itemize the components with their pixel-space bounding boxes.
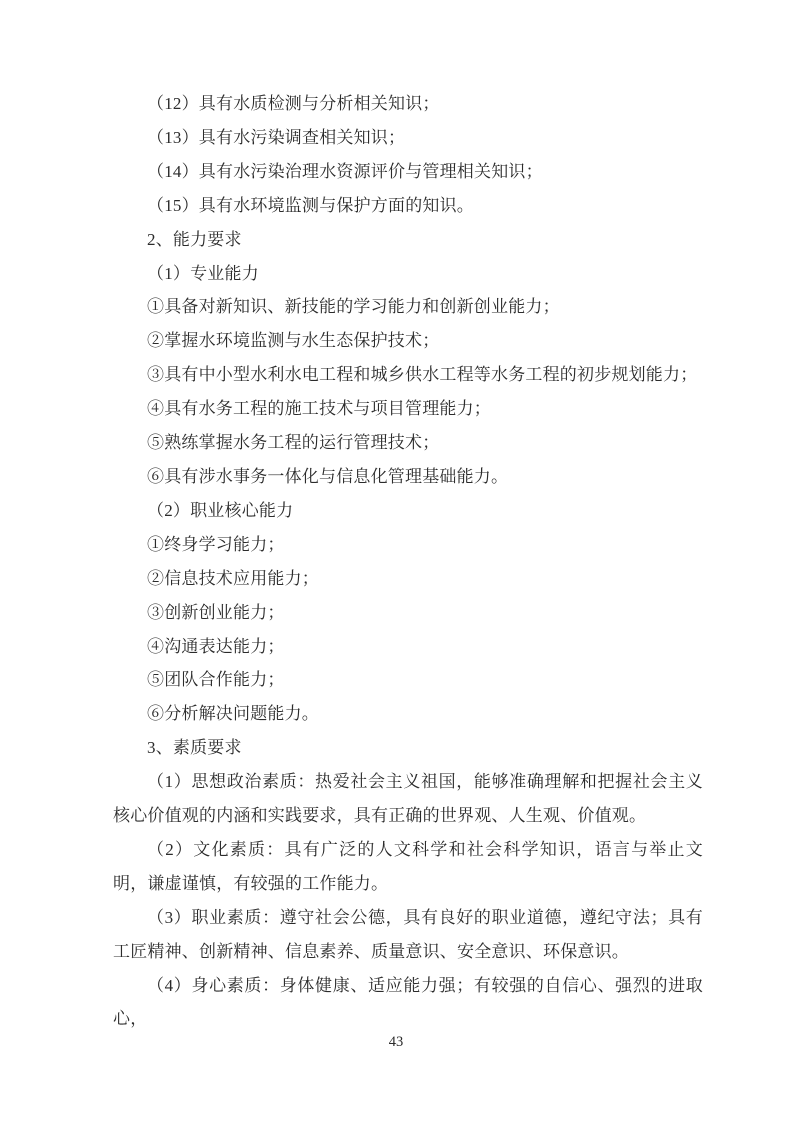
- paragraph: ②掌握水环境监测与水生态保护技术；: [113, 324, 703, 358]
- paragraph: ④沟通表达能力；: [113, 630, 703, 664]
- paragraph: ⑥具有涉水事务一体化与信息化管理基础能力。: [113, 460, 703, 494]
- paragraph: （14）具有水污染治理水资源评价与管理相关知识；: [113, 155, 703, 189]
- paragraph: 3、素质要求: [113, 731, 703, 765]
- paragraph: （15）具有水环境监测与保护方面的知识。: [113, 189, 703, 223]
- paragraph: （2）职业核心能力: [113, 494, 703, 528]
- paragraph: ③创新创业能力；: [113, 596, 703, 630]
- document-page: （12）具有水质检测与分析相关知识；（13）具有水污染调查相关知识；（14）具有…: [0, 0, 792, 1122]
- paragraph: ③具有中小型水利水电工程和城乡供水工程等水务工程的初步规划能力；: [113, 358, 703, 392]
- paragraph: ⑤熟练掌握水务工程的运行管理技术；: [113, 426, 703, 460]
- paragraph: （13）具有水污染调查相关知识；: [113, 121, 703, 155]
- page-number: 43: [0, 1034, 792, 1051]
- document-body: （12）具有水质检测与分析相关知识；（13）具有水污染调查相关知识；（14）具有…: [113, 87, 703, 1036]
- paragraph: （4）身心素质：身体健康、适应能力强；有较强的自信心、强烈的进取心，: [113, 969, 703, 1037]
- paragraph: （3）职业素质：遵守社会公德，具有良好的职业道德，遵纪守法；具有工匠精神、创新精…: [113, 901, 703, 969]
- paragraph: 2、能力要求: [113, 223, 703, 257]
- paragraph: ①具备对新知识、新技能的学习能力和创新创业能力；: [113, 290, 703, 324]
- paragraph: （1）思想政治素质：热爱社会主义祖国，能够准确理解和把握社会主义核心价值观的内涵…: [113, 765, 703, 833]
- paragraph: ⑥分析解决问题能力。: [113, 697, 703, 731]
- paragraph: （2）文化素质：具有广泛的人文科学和社会科学知识，语言与举止文明，谦虚谨慎，有较…: [113, 833, 703, 901]
- paragraph: ②信息技术应用能力；: [113, 562, 703, 596]
- paragraph: ④具有水务工程的施工技术与项目管理能力；: [113, 392, 703, 426]
- paragraph: （1）专业能力: [113, 257, 703, 291]
- paragraph: （12）具有水质检测与分析相关知识；: [113, 87, 703, 121]
- paragraph: ①终身学习能力；: [113, 528, 703, 562]
- paragraph: ⑤团队合作能力；: [113, 663, 703, 697]
